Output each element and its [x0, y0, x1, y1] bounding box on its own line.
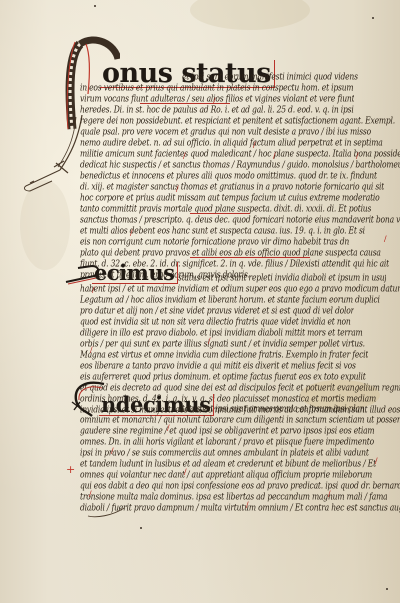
rubric-mark: / [208, 336, 211, 346]
rubric-mark: / [328, 489, 331, 499]
closing-flourish-icon [86, 506, 126, 520]
rubric-mark: / [90, 345, 93, 355]
rubric-mark: / [213, 96, 216, 106]
rubric-mark: / [246, 500, 249, 510]
ink-speck [140, 527, 142, 529]
rubric-mark: / [183, 151, 186, 161]
rubric-mark: / [273, 151, 276, 161]
rubric-mark: / [375, 456, 378, 466]
rubric-mark: / [184, 467, 187, 477]
rubric-mark: / [167, 423, 170, 433]
rubric-mark: / [130, 228, 133, 238]
rubric-underline [190, 257, 310, 258]
manuscript-folio: onus status et ipsi sunt eorum manifesti… [0, 0, 400, 603]
parchment-stain [190, 0, 310, 30]
ink-speck [94, 5, 96, 7]
rubric-mark: / [89, 489, 92, 499]
rubric-mark: / [384, 234, 387, 244]
rubric-underline [140, 103, 230, 104]
ink-speck [386, 588, 388, 590]
rubric-mark: / [253, 140, 256, 150]
rubric-mark: / [111, 446, 114, 456]
text-line: diaboli / fuerit pravo dampnum / multa v… [80, 500, 400, 515]
rubric-underline [190, 213, 250, 214]
ink-speck [372, 17, 374, 19]
rubric-mark: / [176, 184, 179, 194]
rubric-mark: / [356, 151, 359, 161]
red-cross-mark-icon: + [66, 464, 75, 475]
rubric-mark: / [92, 285, 95, 295]
